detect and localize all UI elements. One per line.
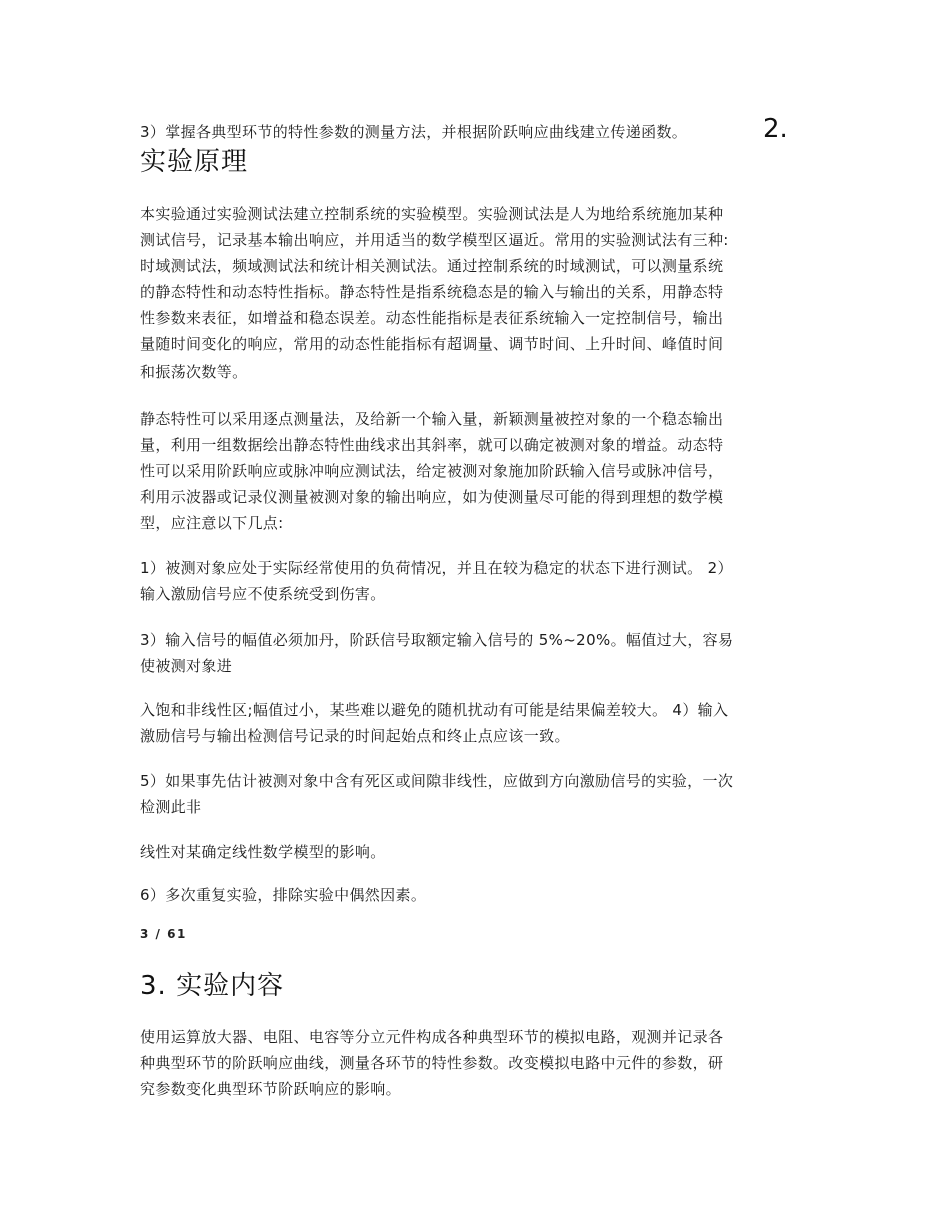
- note-line: 6）多次重复实验，排除实验中偶然因素。: [140, 885, 426, 905]
- paragraph-line: 本实验通过实验测试法建立控制系统的实验模型。实验测试法是人为地给系统施加某种: [140, 204, 723, 224]
- paragraph-line: 性可以采用阶跃响应或脉冲响应测试法，给定被测对象施加阶跃输入信号或脉冲信号，: [140, 461, 723, 481]
- paragraph-line: 和振荡次数等。: [140, 362, 247, 382]
- note-line: 使被测对象进: [140, 656, 232, 676]
- note-line: 入饱和非线性区;幅值过小，某些难以避免的随机扰动有可能是结果偏差较大。 4）输入: [140, 700, 728, 720]
- paragraph-line: 时域测试法，频域测试法和统计相关测试法。通过控制系统的时域测试，可以测量系统: [140, 256, 723, 276]
- paragraph-line: 静态特性可以采用逐点测量法，及给新一个输入量，新颖测量被控对象的一个稳态输出: [140, 409, 723, 429]
- paragraph-line: 量，利用一组数据绘出静态特性曲线求出其斜率，就可以确定被测对象的增益。动态特: [140, 435, 723, 455]
- section-3-title: 3. 实验内容: [140, 970, 284, 1002]
- section-2-title: 实验原理: [140, 146, 248, 178]
- paragraph-line: 型，应注意以下几点:: [140, 513, 284, 533]
- section-2-number: 2.: [763, 114, 788, 144]
- note-line: 5）如果事先估计被测对象中含有死区或间隙非线性，应做到方向激励信号的实验，一次: [140, 771, 733, 791]
- note-line: 输入激励信号应不使系统受到伤害。: [140, 584, 386, 604]
- note-line: 3）输入信号的幅值必须加丹，阶跃信号取额定输入信号的 5%~20%。幅值过大，容…: [140, 630, 733, 650]
- paragraph-line: 使用运算放大器、电阻、电容等分立元件构成各种典型环节的模拟电路，观测并记录各: [140, 1027, 723, 1047]
- page-number: 3 / 61: [140, 927, 187, 941]
- note-line: 激励信号与输出检测信号记录的时间起始点和终止点应该一致。: [140, 726, 570, 746]
- note-line: 1）被测对象应处于实际经常使用的负荷情况，并且在较为稳定的状态下进行测试。 2）: [140, 558, 733, 578]
- paragraph-line: 究参数变化典型环节阶跃响应的影响。: [140, 1079, 401, 1099]
- paragraph-line: 性参数来表征，如增益和稳态误差。动态性能指标是表征系统输入一定控制信号，输出: [140, 308, 723, 328]
- paragraph-line: 利用示波器或记录仪测量被测对象的输出响应，如为使测量尽可能的得到理想的数学模: [140, 487, 723, 507]
- paragraph-line: 测试信号，记录基本输出响应，并用适当的数学模型区逼近。常用的实验测试法有三种:: [140, 230, 729, 250]
- note-line: 检测此非: [140, 797, 201, 817]
- paragraph-line: 种典型环节的阶跃响应曲线，测量各环节的特性参数。改变模拟电路中元件的参数，研: [140, 1053, 723, 1073]
- paragraph-line: 量随时间变化的响应，常用的动态性能指标有超调量、调节时间、上升时间、峰值时间: [140, 334, 723, 354]
- document-page: 3）掌握各典型环节的特性参数的测量方法，并根据阶跃响应曲线建立传递函数。 2. …: [0, 0, 950, 1230]
- note-line: 线性对某确定线性数学模型的影响。: [140, 842, 386, 862]
- paragraph-line: 的静态特性和动态特性指标。静态特性是指系统稳态是的输入与输出的关系，用静态特: [140, 282, 723, 302]
- objective-item-3: 3）掌握各典型环节的特性参数的测量方法，并根据阶跃响应曲线建立传递函数。: [140, 122, 687, 142]
